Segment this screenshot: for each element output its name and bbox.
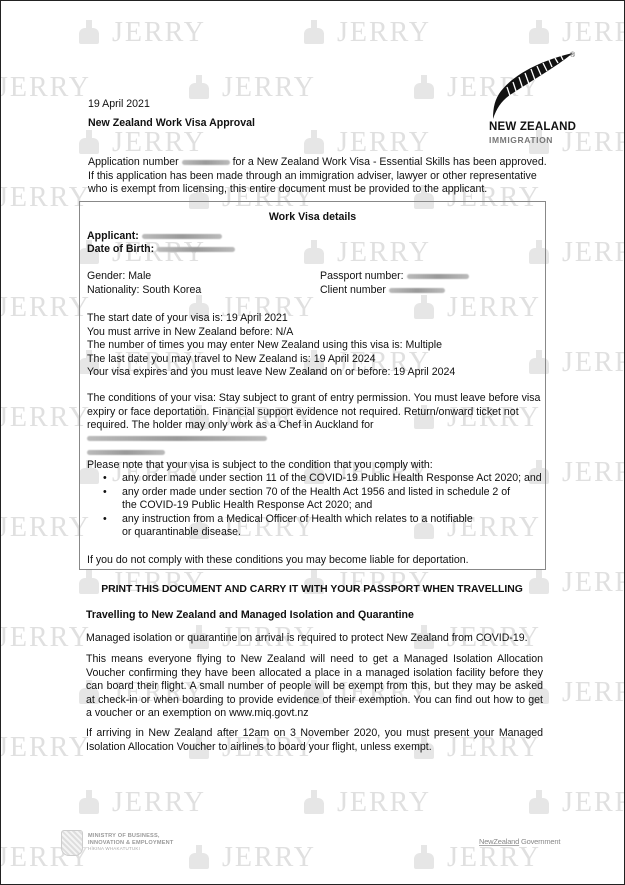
list-item: any instruction from a Medical Officer o… xyxy=(87,513,482,540)
watermark: JERRY xyxy=(186,72,316,104)
letter-title: New Zealand Work Visa Approval xyxy=(88,117,255,129)
client-row: Client number xyxy=(320,284,445,298)
watermark: JERRY xyxy=(76,17,206,49)
crown-icon xyxy=(301,20,327,46)
watermark: JERRY xyxy=(0,622,91,654)
crown-icon xyxy=(301,130,327,156)
intro-paragraph: Application number for a New Zealand Wor… xyxy=(88,156,548,197)
visa-conditions: The conditions of your visa: Stay subjec… xyxy=(87,392,545,460)
watermark: JERRY xyxy=(526,17,625,49)
crown-icon xyxy=(526,20,552,46)
watermark: JERRY xyxy=(76,787,206,819)
travel-paragraph-3: If arriving in New Zealand after 12am on… xyxy=(86,727,543,754)
crown-icon xyxy=(411,75,437,101)
travel-section-title: Travelling to New Zealand and Managed Is… xyxy=(86,609,414,621)
mbie-logo: MINISTRY OF BUSINESS, INNOVATION & EMPLO… xyxy=(61,830,174,856)
passport-row: Passport number: xyxy=(320,270,469,284)
silver-fern-icon xyxy=(487,49,577,121)
deportation-warning: If you do not comply with these conditio… xyxy=(87,554,469,568)
redacted-employer-cont xyxy=(87,450,165,455)
watermark: JERRY xyxy=(301,787,431,819)
box-title: Work Visa details xyxy=(80,211,545,223)
watermark: JERRY xyxy=(0,292,91,324)
watermark: JERRY xyxy=(186,842,316,874)
watermark: JERRY xyxy=(301,17,431,49)
watermark: JERRY xyxy=(0,732,91,764)
logo-line-1: NEW ZEALAND xyxy=(489,121,576,133)
watermark: JERRY xyxy=(0,512,91,544)
watermark: JERRY xyxy=(411,842,541,874)
watermark: JERRY xyxy=(0,402,91,434)
watermark: JERRY xyxy=(526,787,625,819)
applicant-row: Applicant: xyxy=(87,230,222,244)
print-notice: PRINT THIS DOCUMENT AND CARRY IT WITH YO… xyxy=(61,584,563,595)
redacted-client-number xyxy=(389,288,445,293)
redacted-application-number xyxy=(182,160,230,165)
visa-dates: The start date of your visa is: 19 April… xyxy=(87,312,455,380)
crown-icon xyxy=(186,845,212,871)
coat-of-arms-icon xyxy=(61,830,83,856)
list-item: any order made under section 70 of the H… xyxy=(87,486,517,513)
note-intro: Please note that your visa is subject to… xyxy=(87,459,433,473)
crown-icon xyxy=(526,790,552,816)
redacted-employer xyxy=(87,436,267,441)
nz-immigration-logo: ® NEW ZEALAND IMMIGRATION xyxy=(481,49,581,149)
crown-icon xyxy=(301,790,327,816)
letter-date: 19 April 2021 xyxy=(88,98,150,112)
travel-paragraph-2: This means everyone flying to New Zealan… xyxy=(86,653,543,721)
crown-icon xyxy=(186,75,212,101)
travel-paragraph-1: Managed isolation or quarantine on arriv… xyxy=(86,632,543,646)
watermark: JERRY xyxy=(0,182,91,214)
watermark: JERRY xyxy=(301,127,431,159)
logo-line-2: IMMIGRATION xyxy=(489,135,553,145)
nationality: Nationality: South Korea xyxy=(87,284,201,298)
redacted-applicant xyxy=(142,234,222,239)
list-item: any order made under section 11 of the C… xyxy=(87,472,542,486)
conditions-list: any order made under section 11 of the C… xyxy=(87,472,542,540)
document-page: JERRYJERRYJERRYJERRYJERRYJERRYJERRYJERRY… xyxy=(0,0,625,885)
crown-icon xyxy=(411,845,437,871)
watermark: JERRY xyxy=(0,72,91,104)
dob-row: Date of Birth: xyxy=(87,243,235,257)
work-visa-details-box: Work Visa details Applicant: Date of Bir… xyxy=(79,201,546,570)
nz-government-logo: NewZealand Government xyxy=(479,837,560,846)
redacted-dob xyxy=(157,247,235,252)
gender: Gender: Male xyxy=(87,270,151,284)
redacted-passport xyxy=(407,274,469,279)
watermark: JERRY xyxy=(76,127,206,159)
crown-icon xyxy=(76,130,102,156)
crown-icon xyxy=(76,790,102,816)
crown-icon xyxy=(76,20,102,46)
registered-mark: ® xyxy=(570,52,575,59)
